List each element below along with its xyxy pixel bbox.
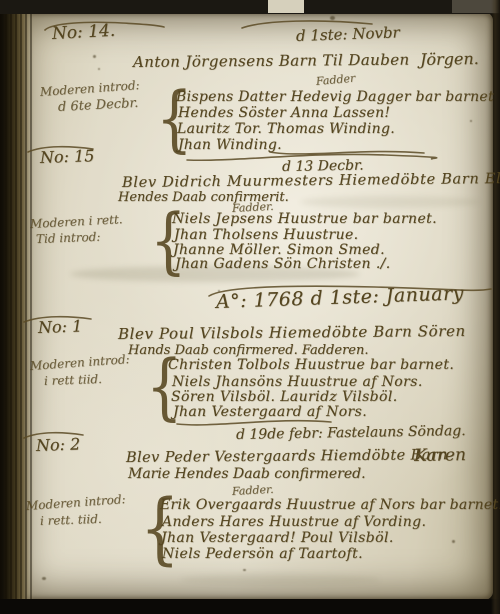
godparent-line: Jhan Vestergaard! Poul Vilsböl. [161, 531, 394, 545]
top-edge-notch [268, 0, 304, 13]
godparent-line: Lauritz Tor. Thomas Winding. [177, 122, 395, 136]
ink-bleedthrough [300, 196, 480, 208]
bottom-edge [0, 599, 500, 614]
godparent-line: Christen Tolbols Huustrue bar barnet. [168, 358, 454, 372]
record-number: No: 1 [38, 318, 83, 336]
record-main-line: Blev Peder Vestergaards Hiemdöbte Barn [126, 448, 448, 465]
margin-note: i rett. tiid. [40, 513, 102, 527]
godparent-line: Anders Hares Huustrue af Vording. [162, 515, 426, 529]
book-spine [0, 0, 34, 614]
godparent-line: Jhanne Möller. Simon Smed. [173, 243, 385, 257]
register-page-photo: No: 14. d 1ste: Novbr Anton Jörgensens B… [0, 0, 500, 614]
record-date: d 1ste: Novbr [296, 25, 400, 44]
record-number: No: 2 [36, 436, 81, 454]
godparent-line: Niels Jhansöns Huustrue af Nors. [172, 375, 423, 389]
ink-bleedthrough [180, 574, 380, 585]
record-main-line: Anton Jörgensens Barn Til Dauben [133, 53, 410, 70]
child-name: Karen [414, 447, 466, 465]
record-number: No: 14. [52, 23, 116, 43]
godparent-line: Hendes Söster Anna Lassen! [178, 106, 390, 120]
godparent-line: Erik Overgaards Huustrue af Nors bar bar… [160, 498, 500, 512]
ink-spot [452, 540, 455, 543]
margin-note: Tid introd: [36, 231, 101, 245]
ink-spot [470, 120, 472, 122]
godparent-line: Sören Vilsböl. Lauridz Vilsböl. [171, 390, 398, 404]
top-edge [0, 0, 500, 14]
godparent-line: Niels Jepsens Huustrue bar barnet. [172, 212, 437, 226]
record-main-line: Marie Hendes Daab confirmered. [128, 467, 366, 481]
ink-spot [42, 577, 46, 580]
record-main-line: Blev Poul Vilsbols Hiemedöbte Barn Sören [118, 324, 466, 342]
ink-spot [243, 569, 246, 571]
ink-spot [93, 55, 96, 58]
godparent-line: Jhan Gadens Sön Christen ./. [175, 257, 391, 271]
godparent-line: Bispens Datter Hedevig Dagger bar barnet [176, 90, 494, 104]
ink-spot [98, 68, 100, 70]
record-number: No: 15 [40, 148, 95, 166]
godparent-line: Jhan Winding. [178, 138, 282, 152]
fadder-heading: Fadder. [232, 484, 274, 497]
fadder-heading: Fadder [316, 73, 356, 87]
margin-note: d 6te Decbr. [58, 97, 139, 114]
child-name: Jörgen. [420, 51, 479, 68]
godparent-line: Jhan Tholsens Huustrue. [174, 228, 359, 242]
record-date: d 19de febr: Fastelauns Söndag. [236, 424, 466, 442]
godparent-line: Niels Pedersön af Taartoft. [162, 547, 363, 561]
margin-note: i rett tiid. [44, 373, 102, 387]
